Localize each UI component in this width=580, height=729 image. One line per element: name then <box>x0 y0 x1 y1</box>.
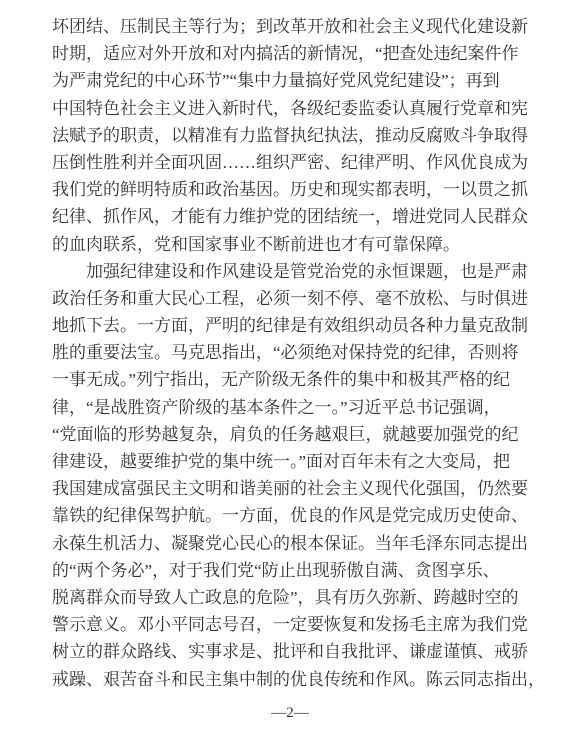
text-line: 纪律、抓作风，才能有力维护党的团结统一，增进党同人民群众 <box>52 203 530 230</box>
text-line: 脱离群众而导致人亡政息的危险”，具有历久弥新、跨越时空的 <box>52 584 530 611</box>
text-line: 警示意义。邓小平同志号召，一定要恢复和发扬毛主席为我们党 <box>52 611 530 638</box>
text-line: 律建设，越要维护党的集中统一。”面对百年未有之大变局，把 <box>52 448 530 475</box>
text-line: 中国特色社会主义进入新时代，各级纪委监委认真履行党章和宪 <box>52 95 530 122</box>
text-line: 胜的重要法宝。马克思指出，“必须绝对保持党的纪律，否则将 <box>52 339 530 366</box>
text-line: 地抓下去。一方面，严明的纪律是有效组织动员各种力量克敌制 <box>52 312 530 339</box>
text-line: 戒躁、艰苦奋斗和民主集中制的优良传统和作风。陈云同志指出， <box>52 666 530 693</box>
text-line: 政治任务和重大民心工程，必须一刻不停、毫不放松、与时俱进 <box>52 285 530 312</box>
page-number: —2— <box>0 705 580 722</box>
text-line: “党面临的形势越复杂，肩负的任务越艰巨，就越要加强党的纪 <box>52 421 530 448</box>
text-line: 时期，适应对外开放和对内搞活的新情况，“把查处违纪案件作 <box>52 40 530 67</box>
text-line: 律，“是战胜资产阶级的基本条件之一。”习近平总书记强调， <box>52 394 530 421</box>
text-line: 压倒性胜利并全面巩固……组织严密、纪律严明、作风优良成为 <box>52 149 530 176</box>
text-line: 坏团结、压制民主等行为；到改革开放和社会主义现代化建设新 <box>52 13 530 40</box>
text-line: 为严肃党纪的中心环节”“集中力量搞好党风党纪建设”；再到 <box>52 67 530 94</box>
text-line: 法赋予的职责，以精准有力监督执纪执法，推动反腐败斗争取得 <box>52 122 530 149</box>
document-page: 坏团结、压制民主等行为；到改革开放和社会主义现代化建设新时期，适应对外开放和对内… <box>0 0 580 729</box>
text-line: 靠铁的纪律保驾护航。一方面，优良的作风是党完成历史使命、 <box>52 502 530 529</box>
body-text-block: 坏团结、压制民主等行为；到改革开放和社会主义现代化建设新时期，适应对外开放和对内… <box>52 13 530 693</box>
text-line: 的“两个务必”，对于我们党“防止出现骄傲自满、贪图享乐、 <box>52 557 530 584</box>
text-line: 一事无成。”列宁指出，无产阶级无条件的集中和极其严格的纪 <box>52 366 530 393</box>
text-line: 我国建成富强民主文明和谐美丽的社会主义现代化强国，仍然要 <box>52 475 530 502</box>
text-line: 加强纪律建设和作风建设是管党治党的永恒课题，也是严肃 <box>52 258 530 285</box>
text-line: 的血肉联系，党和国家事业不断前进也才有可靠保障。 <box>52 231 530 258</box>
text-line: 树立的群众路线、实事求是、批评和自我批评、谦虚谨慎、戒骄 <box>52 638 530 665</box>
text-line: 永葆生机活力、凝聚党心民心的根本保证。当年毛泽东同志提出 <box>52 530 530 557</box>
text-line: 我们党的鲜明特质和政治基因。历史和现实都表明，一以贯之抓 <box>52 176 530 203</box>
